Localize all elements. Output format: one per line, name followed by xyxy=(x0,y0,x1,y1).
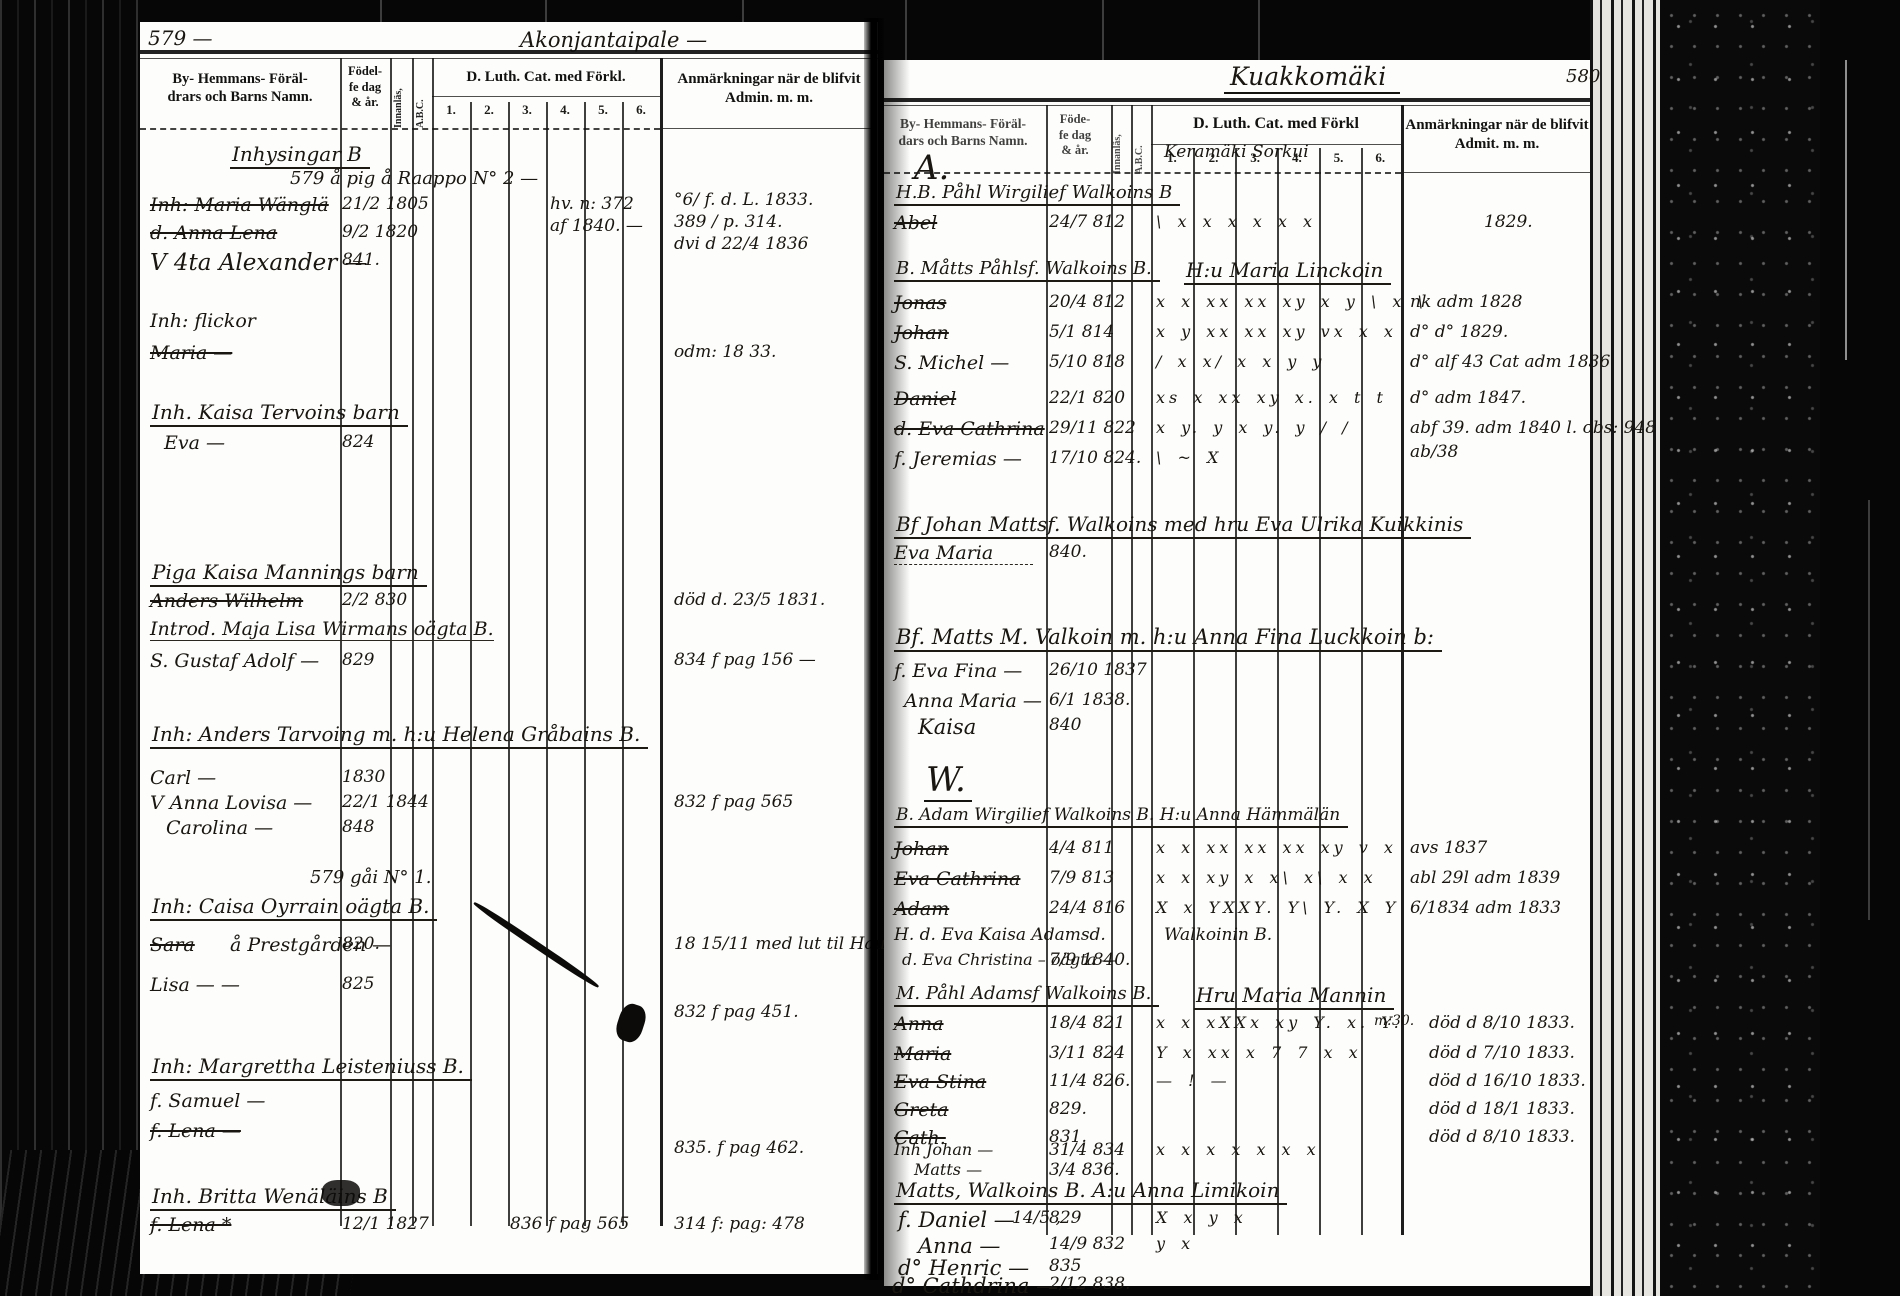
header-name-column: By- Hemmans- Föräl- dars och Barns Namn. xyxy=(884,116,1042,150)
header-catechism-column: D. Luth. Cat. med Förkl. xyxy=(432,68,660,87)
entry-birth: 29/11 822 xyxy=(1049,418,1136,438)
entry-remark: död d 18/1 1833. xyxy=(1429,1099,1575,1119)
rule xyxy=(140,50,878,54)
section-heading: M. Påhl Adamsf Walkoins B. Hru Maria Man… xyxy=(884,983,1590,1013)
catechism-marks: y x xyxy=(1156,1234,1194,1253)
entry-name: f. Eva Fina — xyxy=(894,660,1022,682)
film-streak xyxy=(545,0,547,22)
entry-remark: odm: 18 33. xyxy=(674,342,776,362)
catechism-marks: Y x xx x 7 7 x x xyxy=(1156,1043,1362,1062)
header-abc-column: A.B.C. xyxy=(415,66,426,128)
table-row: V 4ta Alexander — 841. xyxy=(140,250,878,280)
table-row: f. Jeremias — 17/10 824. \ ~ X xyxy=(884,448,1590,478)
section-heading: Bf Johan Mattsf. Walkoins med hru Eva Ul… xyxy=(884,512,1590,542)
film-streak xyxy=(1868,500,1870,920)
spouse-name: Hru Maria Mannin xyxy=(1194,983,1394,1010)
rule xyxy=(432,96,660,97)
catechism-marks: x x xx xx xy x y \ x \ xyxy=(1156,292,1427,311)
entry-name: Johan xyxy=(894,322,949,344)
entry-birth: 825 xyxy=(342,974,374,994)
book-gutter xyxy=(864,18,884,1280)
entry-birth: 7/9 1840. xyxy=(1049,950,1130,970)
catechism-marks: \ x x x x x x xyxy=(1156,212,1316,231)
entry-remark: abl 29l adm 1839 xyxy=(1410,868,1560,888)
entry-remark: 832 f pag 451. xyxy=(674,1002,799,1022)
entry-birth: 2/2 830 xyxy=(342,590,407,610)
table-row: Maria 3/11 824 Y x xx x 7 7 x x död d 7/… xyxy=(884,1043,1590,1073)
header-birth-column: Födel- fe dag & år. xyxy=(340,64,390,111)
table-row: Lisa — — 825 832 f pag 451. xyxy=(140,974,878,1004)
entry-name: Sara xyxy=(150,934,195,956)
entry-name: Eva Maria xyxy=(894,542,1033,565)
table-row: Johan 5/1 814 x y xx xx xy vx x x d° d° … xyxy=(884,322,1590,352)
table-row: Eva Stina 11/4 826. — ! — död d 16/10 18… xyxy=(884,1071,1590,1101)
entry-birth: 5/10 818 xyxy=(1049,352,1125,372)
catechism-marks: X x y x xyxy=(1156,1208,1247,1227)
entry-name: f. Lena — xyxy=(150,1120,241,1142)
film-right-solid xyxy=(1820,0,1900,1296)
entry-birth: 14/9 832 xyxy=(1049,1234,1125,1254)
table-row: Anna 18/4 821 x x xXXx xy Y. x. Y. m:30.… xyxy=(884,1013,1590,1043)
group-label-suffix: Walkoinin B. xyxy=(1164,925,1272,945)
section-heading: Matts, Walkoins B. A:u Anna Limikoin xyxy=(884,1178,1590,1208)
catechism-marks: x y xx xx xy vx x x xyxy=(1156,322,1397,341)
table-row: Eva Maria 840. xyxy=(884,542,1590,572)
table-row: Daniel 22/1 820 xs x xx xy x. x t t d° a… xyxy=(884,388,1590,418)
entry-name: Anna Maria — xyxy=(904,690,1042,712)
entry-name: S. Michel — xyxy=(894,352,1009,374)
entry-name: Eva Cathrina xyxy=(894,868,1020,890)
rule xyxy=(140,58,878,59)
entry-name: d° Cathdrina — xyxy=(892,1274,1057,1296)
header-reading-column: Innanläs, xyxy=(393,66,404,128)
entry-remark: 832 f pag 565 xyxy=(674,792,793,812)
section-heading: B. Måtts Påhlsf. Walkoins B. H:u Maria L… xyxy=(884,258,1590,288)
left-page: 579 — Akonjantaipale — By- Hemmans- Förä… xyxy=(140,22,878,1274)
table-row: S. Gustaf Adolf — 829 834 f pag 156 — xyxy=(140,650,878,680)
entry-name: Lisa — — xyxy=(150,974,240,996)
section-heading: Bf. Matts M. Valkoin m. h:u Anna Fina Lu… xyxy=(884,625,1590,655)
entry-remark: d° d° 1829. xyxy=(1410,322,1508,342)
catechism-marks: x x xx xx xx xy v x xyxy=(1156,838,1397,857)
entry-birth: 829 xyxy=(342,650,374,670)
entry-birth: 2/12 838. xyxy=(1049,1274,1130,1294)
table-row: f. Samuel — xyxy=(140,1090,878,1120)
ink-blot xyxy=(613,1001,649,1045)
entry-name: d. Anna Lena xyxy=(150,222,277,244)
table-row: Abel 24/7 812 \ x x x x x x 1829. xyxy=(884,212,1590,242)
entry-name: d. Eva Cathrina xyxy=(894,418,1045,440)
entry-birth: 24/7 812 xyxy=(1049,212,1125,232)
catechism-marks: — ! — xyxy=(1156,1071,1231,1090)
entry-remark: död d 7/10 1833. xyxy=(1429,1043,1575,1063)
entry-birth: 840 xyxy=(1049,715,1081,735)
section-letter: A. xyxy=(914,148,1620,178)
entry-name: Kaisa xyxy=(918,715,976,739)
section-heading: Inh: Margrettha Leisteniuss B. xyxy=(140,1054,878,1084)
entry-remark: död d. 23/5 1831. xyxy=(674,590,825,610)
entry-remark: 835. f pag 462. xyxy=(674,1138,804,1158)
header-remarks-column: Anmärkningar när de blifvit Admin. m. m. xyxy=(663,70,875,108)
entry-birth: 3/11 824 xyxy=(1049,1043,1125,1063)
entry-name: f. Jeremias — xyxy=(894,448,1022,470)
table-row: d. Anna Lena 9/2 1820 xyxy=(140,222,878,252)
entry-birth: 835 xyxy=(1049,1256,1081,1276)
section-heading: Inh: Anders Tarvoing m. h:u Helena Gråba… xyxy=(140,722,878,752)
section-heading: B. Adam Wirgilief Walkoins B. H:u Anna H… xyxy=(884,805,1590,835)
entry-birth: 3/4 836. xyxy=(1049,1160,1120,1180)
entry-birth: 31/4 834 xyxy=(1049,1140,1125,1160)
entry-birth: 18/4 821 xyxy=(1049,1013,1125,1033)
rule xyxy=(663,128,875,129)
section-heading: Inh. Britta Wenäläins B xyxy=(140,1184,878,1214)
entry-name: Jonas xyxy=(894,292,946,314)
entry-name: Anders Wilhelm xyxy=(150,590,303,612)
entry-birth: 9/2 1820 xyxy=(342,222,418,242)
entry-remark: avs 1837 xyxy=(1410,838,1487,858)
entry-name: Adam xyxy=(894,898,949,920)
entry-birth: 1830 xyxy=(342,767,385,787)
catechism-marks: xs x xx xy x. x t t xyxy=(1156,388,1387,407)
right-page: Kuakkomäki 580 By- Hemmans- Föräl- dars … xyxy=(884,60,1590,1286)
entry-birth: 17/10 824. xyxy=(1049,448,1141,468)
entry-remark: 1829. xyxy=(1484,212,1533,232)
entry-remark: abf 39. adm 1840 l. obs: 948 xyxy=(1410,418,1656,438)
entry-birth: 22/1 820 xyxy=(1049,388,1125,408)
header-name-column: By- Hemmans- Föräl- drars och Barns Namn… xyxy=(144,70,336,106)
entry-birth: 12/1 1827 xyxy=(342,1214,429,1234)
entry-name: Carl — xyxy=(150,767,216,789)
entry-name: Anna xyxy=(894,1013,944,1035)
section-heading: Inh. Kaisa Tervoins barn xyxy=(140,400,878,430)
table-row: Carolina — 848 xyxy=(140,817,878,847)
page-number: 580 xyxy=(1566,66,1900,96)
entry-birth: 11/4 826. xyxy=(1049,1071,1130,1091)
entry-remark: d° alf 43 Cat adm 1836 xyxy=(1410,352,1610,372)
entry-cat-note: m:30. xyxy=(1374,1013,1414,1029)
entry-name: f. Lena * xyxy=(150,1214,231,1236)
entry-birth: 4/4 811 xyxy=(1049,838,1114,858)
entry-name: f. Daniel — xyxy=(898,1208,1015,1232)
entry-birth: 829. xyxy=(1049,1099,1087,1119)
film-streak xyxy=(742,0,744,22)
table-row: S. Michel — 5/10 818 / x x/ x x y y d° a… xyxy=(884,352,1590,382)
entry-name: V Anna Lovisa — xyxy=(150,792,312,814)
entry-name: Maria — xyxy=(150,342,232,364)
catechism-marks: x x x x x x x xyxy=(1156,1140,1320,1159)
entry-remark: d° adm 1847. xyxy=(1410,388,1526,408)
table-row: f. Eva Fina — 26/10 1837 xyxy=(884,660,1590,690)
table-row: Anders Wilhelm 2/2 830 död d. 23/5 1831. xyxy=(140,590,878,620)
entry-birth: 7/9 813 xyxy=(1049,868,1114,888)
section-heading: Piga Kaisa Mannings barn xyxy=(140,560,878,590)
entry-birth: 26/10 1837 xyxy=(1049,660,1147,680)
ink-blot xyxy=(322,1180,360,1206)
table-row: f. Lena — 835. f pag 462. xyxy=(140,1120,878,1150)
catechism-marks: x x xy x x\ x\ x x xyxy=(1156,868,1377,887)
table-row: Kaisa 840 xyxy=(884,715,1590,745)
entry-birth: 848 xyxy=(342,817,374,837)
entry-remark: 6/1834 adm 1833 xyxy=(1410,898,1561,918)
entry-name: Eva — xyxy=(164,432,225,454)
entry-birth: 840. xyxy=(1049,542,1087,562)
section-heading: Inh: Caisa Oyrrain oägta B. xyxy=(140,894,878,924)
catechism-marks: \ ~ X xyxy=(1156,448,1222,467)
entry-name: Johan xyxy=(894,838,949,860)
film-left-margin xyxy=(0,0,140,1296)
table-row: Adam 24/4 816 X x YXXY. Y\ Y. X Y 6/1834… xyxy=(884,898,1590,928)
entry-birth: 829 xyxy=(1049,1208,1081,1228)
film-streak xyxy=(1258,0,1260,60)
entry-birth: 820. xyxy=(342,934,380,954)
entry-name: Eva Stina xyxy=(894,1071,986,1093)
table-row: Eva — 824 xyxy=(140,432,878,462)
entry-birth: 20/4 812 xyxy=(1049,292,1125,312)
entry-birth: 5/1 814 xyxy=(1049,322,1114,342)
entry-cat-note: 836 f pag 565 xyxy=(510,1214,629,1234)
entry-remark: död d 16/10 1833. xyxy=(1429,1071,1586,1091)
entry-birth: 24/4 816 xyxy=(1049,898,1125,918)
catechism-marks: x y. y x y. y / / xyxy=(1156,418,1352,437)
entry-name: Carolina — xyxy=(166,817,273,839)
table-row: Eva Cathrina 7/9 813 x x xy x x\ x\ x x … xyxy=(884,868,1590,898)
entry-name: Greta xyxy=(894,1099,948,1121)
entry-remark: död d 8/10 1833. xyxy=(1429,1013,1575,1033)
scanned-church-book-spread: 579 — Akonjantaipale — By- Hemmans- Förä… xyxy=(0,0,1900,1296)
film-top-band xyxy=(140,0,880,22)
entry-birth: 6/1 1838. xyxy=(1049,690,1130,710)
film-right-band xyxy=(1660,0,1820,1296)
entry-remark: 314 f: pag: 478 xyxy=(674,1214,805,1234)
entry-name: Anna — xyxy=(918,1234,1000,1258)
entry-birth: 22/1 1844 xyxy=(342,792,429,812)
rule xyxy=(140,128,660,130)
table-row: Greta 829. död d 18/1 1833. xyxy=(884,1099,1590,1129)
group-label: Inh: flickor xyxy=(140,310,878,340)
film-streak xyxy=(380,0,382,22)
entry-name: Inh Johan — xyxy=(894,1140,993,1159)
entry-name: V 4ta Alexander — xyxy=(150,250,368,276)
table-row: Johan 4/4 811 x x xx xx xx xy v x avs 18… xyxy=(884,838,1590,868)
rule xyxy=(884,105,1590,106)
catechism-marks: / x x/ x x y y xyxy=(1156,352,1325,371)
entry-name: Maria xyxy=(894,1043,951,1065)
page-edge-streaks xyxy=(1590,0,1660,1296)
entry-remark: nk adm 1828 xyxy=(1410,292,1522,312)
table-row: f. Lena * 12/1 1827 836 f pag 565 314 f:… xyxy=(140,1214,878,1244)
entry-name: Abel xyxy=(894,212,937,234)
entry-birth: 824 xyxy=(342,432,374,452)
header-catechism-column: D. Luth. Cat. med Förkl xyxy=(1151,114,1401,134)
entry-remark: 834 f pag 156 — xyxy=(674,650,816,670)
film-streak xyxy=(1845,60,1847,360)
entry-name: S. Gustaf Adolf — xyxy=(150,650,319,672)
catechism-marks: x x xXXx xy Y. x. Y. xyxy=(1156,1013,1403,1032)
entry-name: f. Samuel — xyxy=(150,1090,265,1112)
section-heading: Introd. Maja Lisa Wirmans oägta B. xyxy=(140,618,878,648)
table-row: Maria — odm: 18 33. xyxy=(140,342,878,372)
entry-name: Matts — xyxy=(914,1160,982,1179)
table-row: d. Eva Christina – oägta — 7/9 1840. xyxy=(884,950,1590,980)
section-letter: W. xyxy=(924,760,1630,790)
section-heading: H.B. Påhl Wirgilief Walkoins B xyxy=(884,182,1590,212)
catechism-marks: X x YXXY. Y\ Y. X Y xyxy=(1156,898,1399,917)
spouse-name: H:u Maria Linckoin xyxy=(1184,258,1391,285)
entry-name: Daniel xyxy=(894,388,956,410)
rule xyxy=(884,98,1590,102)
table-row: Sara å Prestgården — 820. 18 15/11 med l… xyxy=(140,934,878,964)
entry-birth: 841. xyxy=(342,250,380,270)
table-row: Jonas 20/4 812 x x xx xx xy x y \ x \ nk… xyxy=(884,292,1590,322)
table-row: d° Cathdrina — 2/12 838. xyxy=(884,1274,1590,1296)
